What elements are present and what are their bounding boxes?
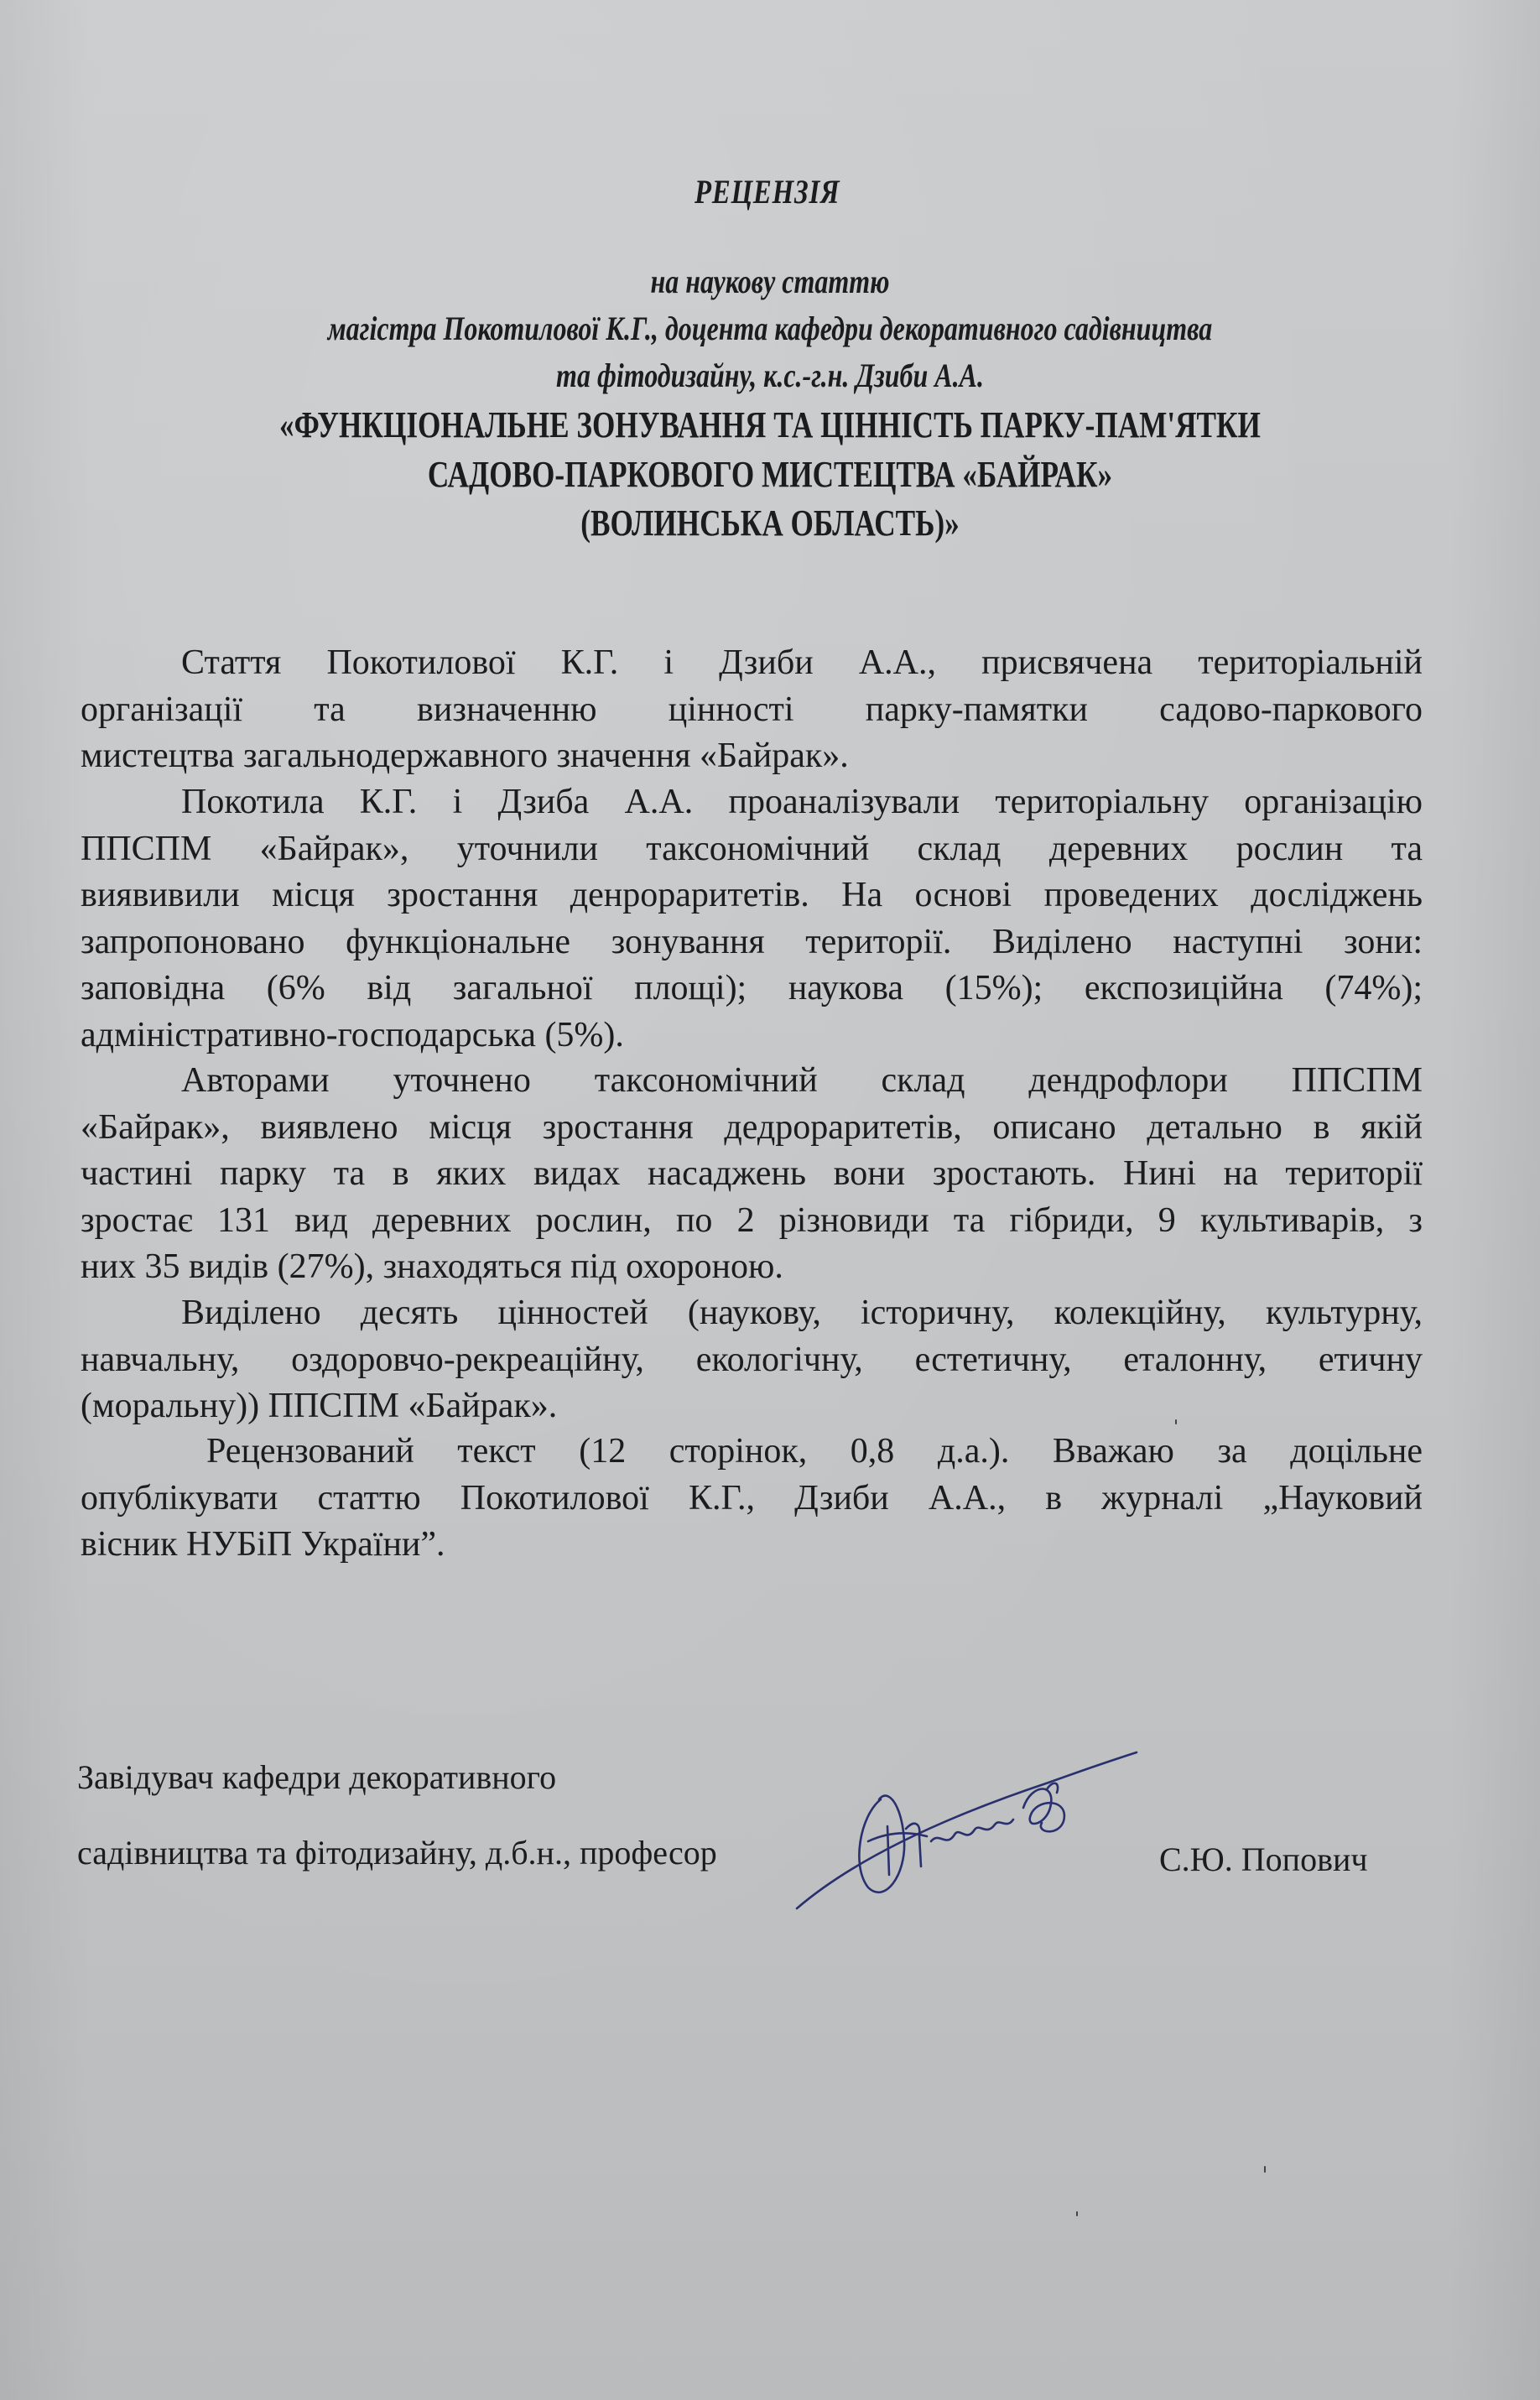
article-title-line-3: (ВОЛИНСЬКА ОБЛАСТЬ)» [154,502,1387,544]
paragraph-line: заповідна (6% від загальної площі); наук… [81,966,1423,1013]
paper-speck [1175,1419,1177,1424]
signatory-position-line-2: садівництва та фітодизайну, д.б.н., проф… [77,1833,717,1872]
handwritten-signature-icon [780,1749,1183,1917]
signatory-position-line-1: Завідувач кафедри декоративного [77,1757,556,1797]
paragraph-line: «Байрак», виявлено місця зростання дедро… [81,1105,1423,1152]
paragraph-line: навчальну, оздоровчо-рекреаційну, еколог… [81,1337,1423,1384]
paragraph-line: Стаття Покотилової К.Г. і Дзиби А.А., пр… [81,640,1423,687]
paragraph-line: Авторами уточнено таксономічний склад де… [81,1058,1423,1105]
paragraph-line: зростає 131 вид деревних рослин, по 2 рі… [81,1198,1423,1245]
subheading-line-2: магістра Покотилової К.Г., доцента кафед… [154,309,1387,348]
paragraph-line: запропоновано функціональне зонування те… [81,919,1423,966]
subheading-line-1: на наукову статтю [154,262,1387,301]
paragraph-3: Авторами уточнено таксономічний склад де… [81,1058,1423,1291]
paragraph-line: ППСПМ «Байрак», уточнили таксономічний с… [81,826,1423,873]
paragraph-line: вісник НУБіП України”. [81,1522,1423,1569]
paragraph-line: Рецензований текст (12 сторінок, 0,8 д.а… [81,1429,1423,1476]
article-title-line-2: САДОВО-ПАРКОВОГО МИСТЕЦТВА «БАЙРАК» [154,453,1387,496]
paragraph-line: Покотила К.Г. і Дзиба А.А. проаналізувал… [81,779,1423,826]
paragraph-4: Виділено десять цінностей (наукову, істо… [81,1290,1423,1430]
review-document: РЕЦЕНЗІЯ на наукову статтю магістра Поко… [0,0,1540,2400]
paragraph-line: опублікувати статтю Покотилової К.Г., Дз… [81,1476,1423,1523]
paragraph-5: Рецензований текст (12 сторінок, 0,8 д.а… [81,1429,1423,1569]
paragraph-line: виявивили місця зростання денрораритетів… [81,872,1423,919]
paper-speck [1264,2166,1266,2173]
subheading-line-3: та фітодизайну, к.с.-г.н. Дзиби А.А. [154,356,1387,395]
paragraph-2: Покотила К.Г. і Дзиба А.А. проаналізувал… [81,779,1423,1059]
article-title-line-1: «ФУНКЦІОНАЛЬНЕ ЗОНУВАННЯ ТА ЦІННІСТЬ ПАР… [154,403,1387,446]
paragraph-line: організації та визначенню цінності парку… [81,687,1423,734]
paragraph-1: Стаття Покотилової К.Г. і Дзиби А.А., пр… [81,640,1423,780]
paper-speck [1076,2211,1078,2216]
document-heading: РЕЦЕНЗІЯ [136,172,1399,211]
paragraph-line: Виділено десять цінностей (наукову, істо… [81,1290,1423,1337]
signatory-name: С.Ю. Попович [1159,1840,1368,1879]
paragraph-line: адміністративно-господарська (5%). [81,1013,1423,1059]
paragraph-line: мистецтва загальнодержавного значення «Б… [81,733,1423,780]
paragraph-line: частині парку та в яких видах насаджень … [81,1151,1423,1198]
paragraph-line: них 35 видів (27%), знаходяться під охор… [81,1244,1423,1291]
paragraph-line: (моральну)) ППСПМ «Байрак». [81,1383,1423,1430]
